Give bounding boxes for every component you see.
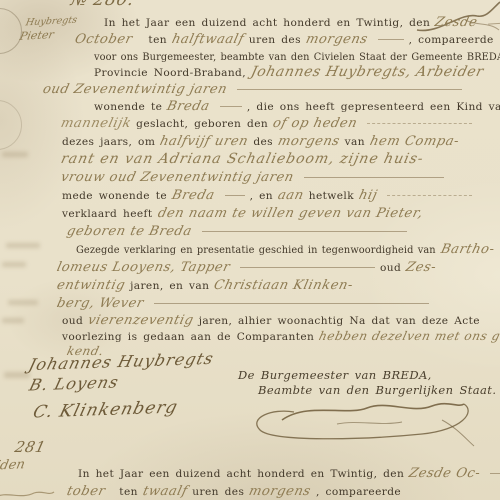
printed-segment: jaren, en van (130, 280, 209, 292)
blank-rule (237, 87, 462, 90)
a280-line-witness-intro: Gezegde verklaring en presentatie geschi… (76, 239, 499, 259)
mother-residence-value: Breda (170, 187, 216, 204)
printed-segment: verklaard heeft (62, 208, 153, 220)
a280-line-closing: voorlezing is gedaan aan de Comparantenh… (62, 326, 500, 346)
birth-daypart-value: morgens (276, 133, 342, 150)
blank-rule (220, 104, 242, 107)
mother-name: rant en van Adriana Schalieboom, zijne h… (59, 151, 425, 168)
act-number-280: № 280. (66, 0, 139, 9)
script-segment: hij (357, 187, 379, 204)
day-value: Zesde Oc- (407, 465, 482, 482)
printed-segment: In het Jaar een duizend acht honderd en … (78, 468, 404, 480)
printed-segment: ten (119, 486, 138, 498)
a281-line-time: tobertentwaalfuren desmorgens, compareer… (62, 481, 401, 500)
a280-line-gender: mannelijkgeslacht, geboren denof op hede… (56, 113, 477, 133)
act-number-label: 281 (13, 439, 47, 456)
printed-segment: wonende te (94, 101, 162, 113)
a280-line-witness1: lomeus Looyens, TapperoudZes- (52, 257, 441, 277)
printed-segment: oud (380, 262, 401, 274)
margin-firstname: Pieter (19, 28, 56, 43)
blank-rule (378, 37, 404, 40)
a280-line-mother: rant en van Adriana Schalieboom, zijne h… (56, 149, 428, 168)
mother-age: vrouw oud Zevenentwintig jaren (59, 169, 296, 186)
a280-line-childname: verklaard heeftden naam te willen geven … (62, 203, 427, 223)
printed-segment: uren des (249, 34, 301, 46)
birth-hour-value: halfvijf uren (158, 133, 250, 150)
declarant-ref: hem Compa- (368, 133, 461, 150)
witness1-name: lomeus Looyens, Tapper (55, 259, 232, 276)
month-value: tober (65, 483, 107, 500)
printed-segment: Provincie Noord-Braband, (94, 67, 246, 79)
ink-showthrough (2, 318, 24, 323)
printed-segment: Gezegde verklaring en presentatie geschi… (76, 245, 436, 256)
a280-line-mother-age: vrouw oud Zevenentwintig jaren (56, 167, 449, 186)
printed-segment: geslacht, geboren den (136, 118, 268, 130)
register-page: № 280. Huybregts Pieter In het Jaar een … (0, 0, 500, 500)
blank-rule (367, 121, 472, 124)
act-number-281: 281 (10, 438, 50, 456)
printed-segment: In het Jaar een duizend acht honderd en … (104, 17, 430, 29)
printed-segment: van (345, 136, 365, 148)
signature-father: Johannes Huybregts (27, 349, 216, 374)
blank-rule (488, 18, 500, 24)
witness2-name: Christiaan Klinken- (212, 277, 355, 294)
a280-line-birthplace: geboren te Breda (62, 221, 412, 240)
wax-stamp-icon (0, 100, 22, 150)
a280-line-mother-residence: mede wonende teBreda, enaanhetwelkhij (62, 185, 477, 205)
printed-segment: hetwelk (309, 190, 354, 202)
a280-line-birthtime: dezes jaars, omhalfvijf urendesmorgensva… (62, 131, 464, 151)
margin-script-stroke (0, 488, 54, 500)
witness1-name-part: Bartho- (439, 241, 496, 258)
blank-rule (304, 175, 444, 178)
blank-rule (240, 265, 375, 268)
blank-rule (154, 301, 429, 304)
printed-segment: , compareerde (409, 34, 494, 46)
daypart-value: morgens (247, 483, 313, 500)
witness1-age: entwintig (55, 277, 127, 294)
printed-segment: , compareerde (316, 486, 401, 498)
birthday-value: of op heden (271, 115, 359, 132)
ink-showthrough (2, 152, 28, 157)
signature-witness2: C. Klinkenberg (31, 398, 180, 423)
ink-showthrough (2, 262, 26, 267)
printed-segment: , die ons heeft gepresenteerd een Kind v… (247, 101, 500, 113)
a280-line-witness2: entwintigjaren, en vanChristiaan Klinken… (52, 275, 358, 295)
printed-segment: mede wonende te (62, 190, 167, 202)
ink-showthrough (6, 243, 40, 248)
signature-witness1: B. Loyens (27, 372, 121, 394)
burgemeester-signature (252, 390, 477, 448)
birthplace-value: geboren te Breda (65, 223, 194, 240)
blank-rule (387, 193, 472, 196)
blank-rule (225, 193, 245, 196)
act-number-label: № 280. (69, 0, 136, 9)
witness1-age-part: Zes- (404, 259, 438, 276)
blank-rule (202, 229, 407, 232)
printed-segment: , en (250, 190, 273, 202)
ink-showthrough (8, 300, 38, 305)
gender-value: mannelijk (59, 115, 133, 132)
wax-stamp-icon (0, 8, 22, 54)
printed-segment: ten (148, 34, 167, 46)
script-segment: aan (276, 187, 306, 204)
child-name: den naam te willen geven van Pieter, (156, 205, 425, 222)
margin-name-fragment: ijden (0, 457, 26, 474)
printed-segment: dezes jaars, om (62, 136, 155, 148)
printed-segment: des (253, 136, 273, 148)
printed-segment: uren des (192, 486, 244, 498)
closing-clause: hebben dezelven met ons gete- (317, 328, 500, 345)
hour-value: twaalf (141, 483, 189, 500)
blank-rule (490, 471, 500, 474)
a281-line-year: In het Jaar een duizend acht honderd en … (78, 463, 500, 483)
margin-surname: Huybregts (25, 15, 79, 29)
